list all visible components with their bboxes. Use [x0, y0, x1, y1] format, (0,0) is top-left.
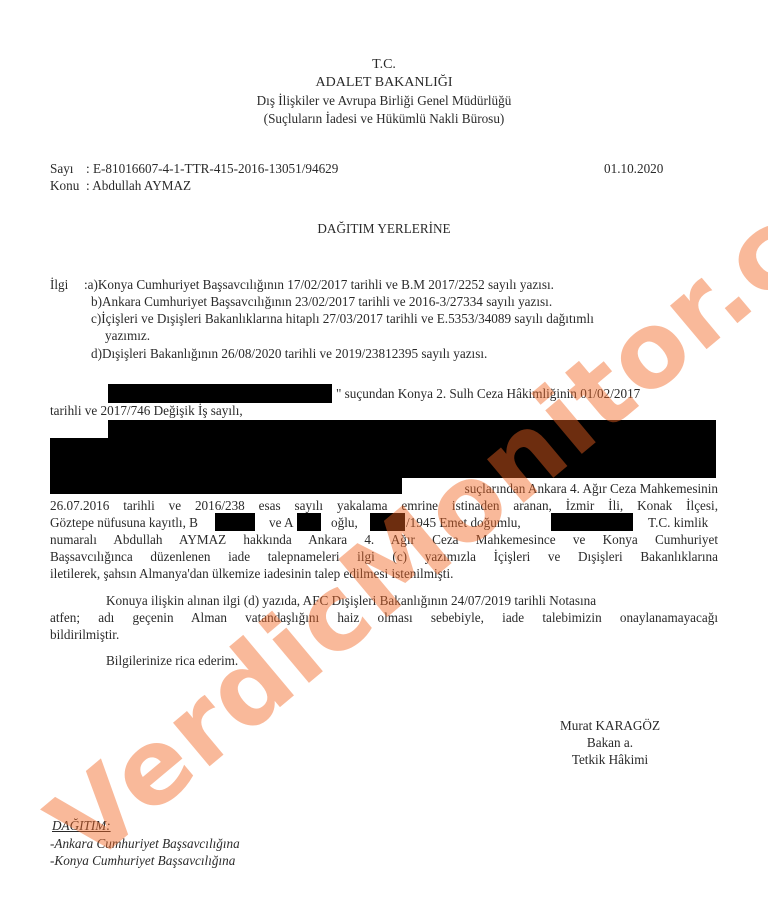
distribution-item: -Konya Cumhuriyet Başsavcılığına: [50, 853, 235, 868]
closing-line: Bilgilerinize rica ederim.: [106, 653, 238, 668]
sayi-label: Sayı: [50, 161, 73, 176]
addressee-heading: DAĞITIM YERLERİNE: [0, 221, 768, 236]
document-page: T.C. ADALET BAKANLIĞI Dış İlişkiler ve A…: [0, 0, 768, 906]
para2-line3-d: /1945 Emet doğumlu,: [406, 515, 521, 530]
para2-line1: suçlarından Ankara 4. Ağır Ceza Mahkemes…: [408, 481, 718, 496]
para1-line2: tarihli ve 2017/746 Değişik İş sayılı,: [50, 403, 243, 418]
distribution-item: -Ankara Cumhuriyet Başsavcılığına: [50, 836, 240, 851]
para2-line3-c: oğlu,: [331, 515, 358, 530]
para2-line2: 26.07.2016 tarihli ve 2016/238 esas sayı…: [50, 498, 718, 513]
ilgi-item-d: d)Dışişleri Bakanlığının 26/08/2020 tari…: [91, 346, 487, 361]
para1-line1: " suçundan Konya 2. Sulh Ceza Hâkimliğin…: [336, 386, 640, 401]
konu-value: : Abdullah AYMAZ: [86, 178, 191, 193]
para3-line2: atfen; adı geçenin Alman vatandaşlığını …: [50, 610, 718, 625]
redaction-block: [297, 513, 321, 531]
para2-line4: numaralı Abdullah AYMAZ hakkında Ankara …: [50, 532, 718, 547]
signatory-title-1: Bakan a.: [550, 735, 670, 750]
ilgi-label: İlgi: [50, 277, 68, 292]
redaction-block: [370, 513, 405, 531]
para3-line1: Konuya ilişkin alınan ilgi (d) yazıda, A…: [106, 593, 596, 608]
para2-line6: iletilerek, şahsın Almanya'dan ülkemize …: [50, 566, 453, 581]
document-date: 01.10.2020: [604, 161, 663, 176]
redaction-block: [551, 513, 633, 531]
para2-line3-e: T.C. kimlik: [648, 515, 708, 530]
header-directorate: Dış İlişkiler ve Avrupa Birliği Genel Mü…: [0, 93, 768, 108]
header-bureau: (Suçluların İadesi ve Hükümlü Nakli Büro…: [0, 111, 768, 126]
ilgi-item-b: b)Ankara Cumhuriyet Başsavcılığının 23/0…: [91, 294, 552, 309]
para2-line3-a: Göztepe nüfusuna kayıtlı, B: [50, 515, 198, 530]
ilgi-item-c: c)İçişleri ve Dışişleri Bakanlıklarına h…: [91, 311, 594, 326]
redaction-block: [215, 513, 255, 531]
para2-line5: Başsavcılığınca düzenlenen iade talepnam…: [50, 549, 718, 564]
distribution-heading: DAĞITIM:: [52, 818, 111, 833]
header-tc: T.C.: [0, 56, 768, 73]
ilgi-item-a: :a)Konya Cumhuriyet Başsavcılığının 17/0…: [84, 277, 554, 292]
sayi-value: : E-81016607-4-1-TTR-415-2016-13051/9462…: [86, 161, 338, 176]
redaction-block: [50, 476, 402, 494]
para2-line3-b: ve A: [269, 515, 294, 530]
redaction-block: [108, 384, 332, 403]
signatory-title-2: Tetkik Hâkimi: [550, 752, 670, 767]
ilgi-item-c-cont: yazımız.: [105, 328, 150, 343]
header-ministry: ADALET BAKANLIĞI: [0, 74, 768, 91]
konu-label: Konu: [50, 178, 79, 193]
redaction-block: [50, 438, 716, 478]
signatory-name: Murat KARAGÖZ: [550, 718, 670, 733]
para3-line3: bildirilmiştir.: [50, 627, 119, 642]
redaction-block: [108, 420, 716, 440]
